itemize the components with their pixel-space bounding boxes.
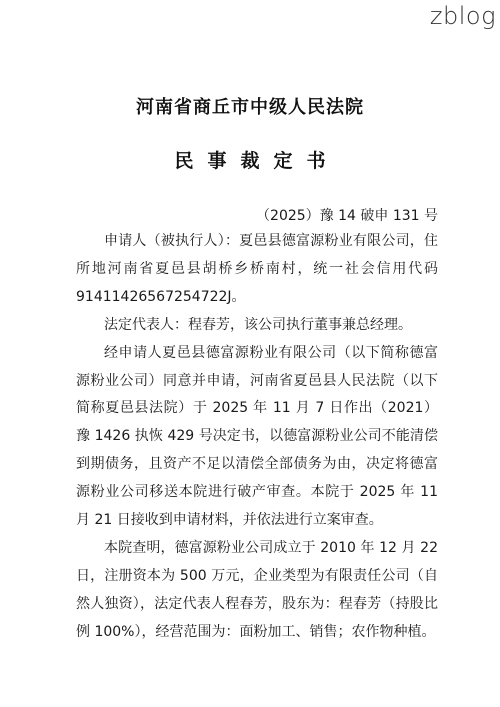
paragraph-applicant: 申请人（被执行人）：夏邑县德富源粉业有限公司，住所地河南省夏邑县胡桥乡桥南村，统… bbox=[76, 228, 438, 312]
document-body: 申请人（被执行人）：夏邑县德富源粉业有限公司，住所地河南省夏邑县胡桥乡桥南村，统… bbox=[76, 228, 438, 647]
court-name: 河南省商丘市中级人民法院 bbox=[0, 93, 500, 119]
paragraph-background: 经申请人夏邑县德富源粉业有限公司（以下简称德富源粉业公司）同意并申请，河南省夏邑… bbox=[76, 340, 438, 535]
case-number: （2025）豫 14 破申 131 号 bbox=[256, 205, 438, 225]
paragraph-legal-representative: 法定代表人：程春芳，该公司执行董事兼总经理。 bbox=[76, 312, 438, 340]
paragraph-findings: 本院查明，德富源粉业公司成立于 2010 年 12 月 22 日，注册资本为 5… bbox=[76, 535, 438, 647]
document-title: 民事裁定书 bbox=[0, 146, 500, 173]
watermark-logo: zblog bbox=[430, 2, 496, 30]
